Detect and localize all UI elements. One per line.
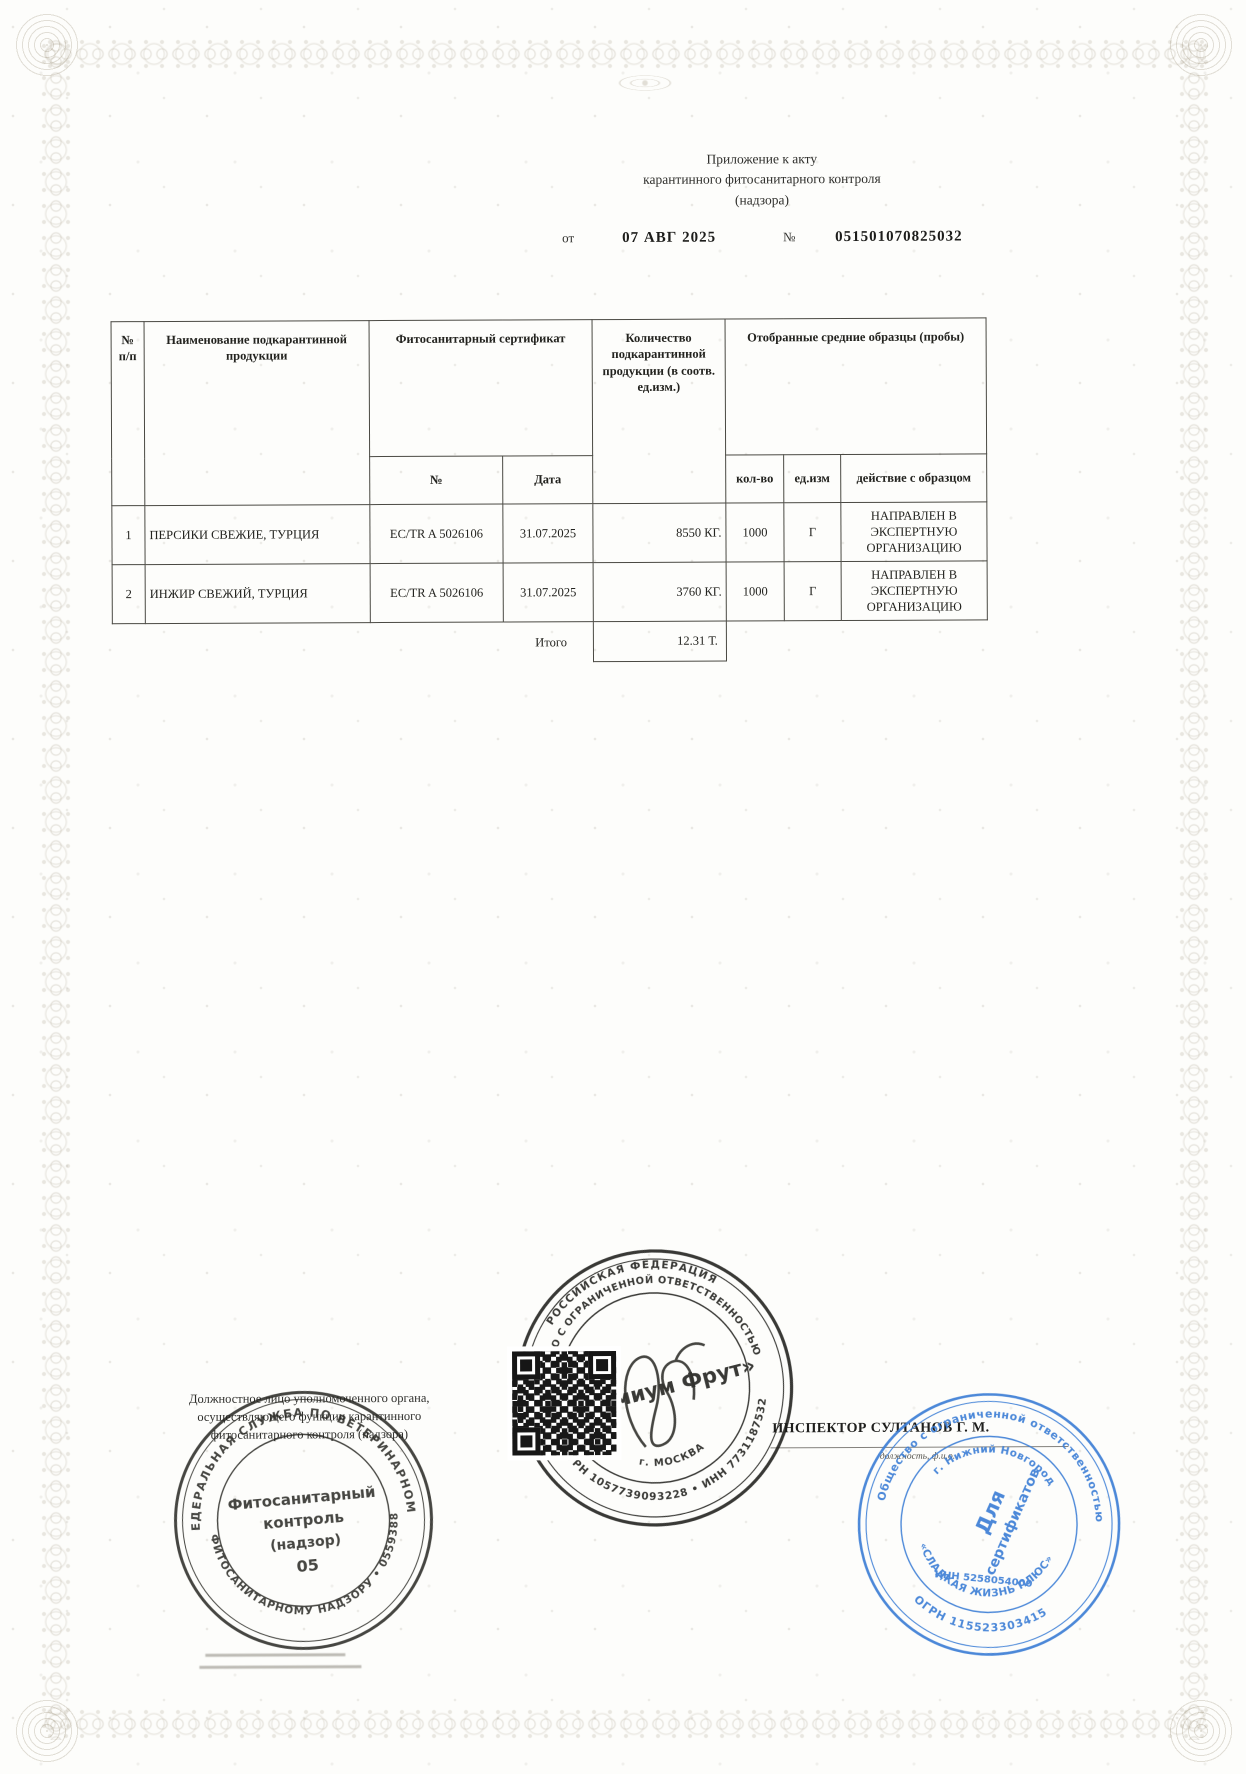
title-line: Приложение к акту: [537, 148, 987, 170]
cell-index: 2: [112, 565, 145, 624]
blue-stamp-ring-bottom: ОГРН 115523303415: [909, 1592, 1051, 1641]
table-row: 2 ИНЖИР СВЕЖИЙ, ТУРЦИЯ EC/TR A 5026106 3…: [112, 561, 987, 624]
phyto-stamp-line1: Фитосанитарный: [227, 1483, 376, 1514]
qr-finder-icon: [512, 1351, 540, 1379]
inspector-name: ИНСПЕКТОР СУЛТАНОВ Г. М.: [772, 1420, 1072, 1437]
qr-code: [507, 1346, 621, 1460]
svg-text:РОССИЙСКАЯ ФЕДЕРАЦИЯ: РОССИЙСКАЯ ФЕДЕРАЦИЯ: [535, 1241, 721, 1330]
date-from-label: от: [562, 230, 574, 246]
col-header-index-line1: №: [116, 332, 140, 348]
blue-stamp-purpose-line2: сертификатов: [982, 1466, 1043, 1578]
subheader-sample-action: действие с образцом: [841, 454, 987, 503]
document-number: 051501070825032: [835, 229, 963, 247]
signature-flourish: [616, 1341, 726, 1451]
cell-product: ПЕРСИКИ СВЕЖИЕ, ТУРЦИЯ: [145, 505, 370, 565]
cell-sample-unit: Г: [784, 562, 841, 621]
blue-stamp-inn: ИНН 5258054000: [934, 1569, 1033, 1590]
number-label: №: [783, 229, 795, 245]
total-value: 12.31 Т.: [593, 621, 726, 662]
subheader-sample-unit: ед.изм: [784, 455, 841, 503]
cell-sample-qty: 1000: [726, 503, 784, 562]
blue-stamp-purpose-line1: Для: [970, 1486, 1010, 1537]
cell-cert-date: 31.07.2025: [503, 504, 593, 563]
cell-sample-unit: Г: [784, 503, 841, 562]
signature-caption: должность, ф.и.о.: [802, 1451, 1032, 1462]
phyto-stamp-line3: (надзор): [270, 1532, 342, 1554]
cell-cert-no: EC/TR A 5026106: [370, 563, 503, 623]
cell-product: ИНЖИР СВЕЖИЙ, ТУРЦИЯ: [145, 564, 370, 624]
cell-sample-qty: 1000: [726, 562, 784, 621]
col-header-quantity: Количество подкарантинной продукции (в с…: [592, 319, 726, 504]
cell-quantity: 3760 КГ.: [593, 562, 726, 622]
cell-index: 1: [112, 506, 145, 565]
col-header-certificate: Фитосанитарный сертификат: [369, 320, 593, 457]
signature-line: [770, 1446, 1068, 1448]
svg-text:г. Нижний Новгород: г. Нижний Новгород: [930, 1437, 1061, 1489]
qr-finder-icon: [588, 1351, 616, 1379]
official-title: Должностное лицо уполномоченного органа,…: [120, 1389, 498, 1445]
phyto-stamp-line2: контроль: [262, 1508, 344, 1533]
col-header-index: № п/п: [111, 322, 145, 506]
premium-stamp-city: г. МОСКВА: [636, 1440, 709, 1475]
total-row-spacer: [726, 620, 987, 661]
scanned-page: Приложение к акту карантинного фитосанит…: [0, 0, 1246, 1774]
cell-sample-action: НАПРАВЛЕН В ЭКСПЕРТНУЮ ОРГАНИЗАЦИЮ: [841, 561, 987, 621]
total-row: Итого 12.31 Т.: [112, 620, 987, 664]
svg-text:г. МОСКВА: г. МОСКВА: [636, 1440, 709, 1475]
products-table: № п/п Наименование подкарантинной продук…: [111, 317, 988, 664]
subheader-cert-no: №: [370, 456, 503, 505]
illegible-fineprint: [205, 1653, 345, 1657]
svg-text:«СЛАДКАЯ ЖИЗНЬ ПЛЮС»: «СЛАДКАЯ ЖИЗНЬ ПЛЮС»: [912, 1540, 1056, 1606]
cell-cert-no: EC/TR A 5026106: [370, 504, 503, 564]
col-header-samples: Отобранные средние образцы (пробы): [725, 318, 987, 455]
document-date: 07 АВГ 2025: [622, 230, 716, 247]
official-line: фитосанитарного контроля (надзора): [120, 1425, 498, 1445]
cell-sample-action: НАПРАВЛЕН В ЭКСПЕРТНУЮ ОРГАНИЗАЦИЮ: [841, 502, 987, 562]
cell-cert-date: 31.07.2025: [503, 563, 593, 622]
official-line: осуществляющего функции карантинного: [120, 1407, 498, 1427]
qr-pattern: [512, 1351, 616, 1455]
phyto-stamp-code: 05: [296, 1555, 320, 1576]
col-header-product: Наименование подкарантинной продукции: [144, 321, 370, 506]
title-line: карантинного фитосанитарного контроля: [537, 169, 987, 191]
svg-text:ОГРН 115523303415: ОГРН 115523303415: [909, 1592, 1051, 1641]
blue-stamp-city: г. Нижний Новгород: [930, 1437, 1061, 1489]
title-line: (надзора): [537, 189, 987, 211]
illegible-fineprint: [199, 1665, 361, 1669]
col-header-index-line2: п/п: [116, 348, 140, 364]
blue-stamp-company: «СЛАДКАЯ ЖИЗНЬ ПЛЮС»: [912, 1540, 1056, 1606]
subheader-cert-date: Дата: [503, 456, 593, 504]
table-row: 1 ПЕРСИКИ СВЕЖИЕ, ТУРЦИЯ EC/TR A 5026106…: [112, 502, 987, 565]
premium-stamp-ring-outer: РОССИЙСКАЯ ФЕДЕРАЦИЯ: [535, 1241, 721, 1330]
cell-quantity: 8550 КГ.: [593, 503, 726, 563]
total-label: Итого: [112, 622, 593, 664]
official-line: Должностное лицо уполномоченного органа,: [120, 1389, 498, 1409]
subheader-sample-qty: кол-во: [726, 455, 784, 503]
qr-finder-icon: [512, 1427, 540, 1455]
document-title: Приложение к акту карантинного фитосанит…: [537, 148, 987, 211]
